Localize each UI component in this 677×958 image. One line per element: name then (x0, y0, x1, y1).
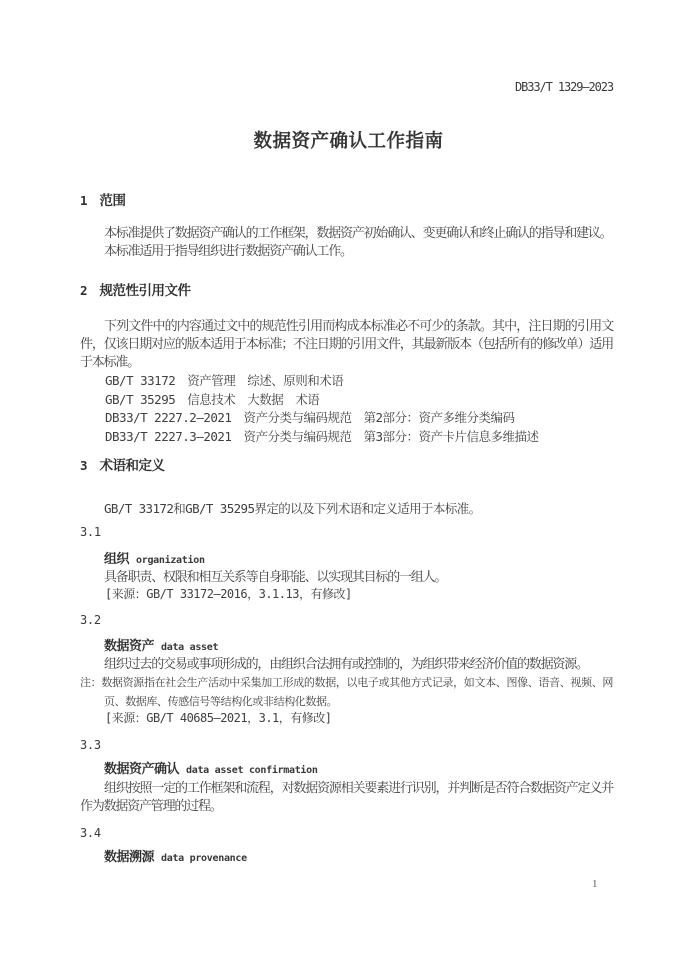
term-3-2-id: 3.2 (80, 612, 101, 628)
section-3-intro: GB/T 33172和GB/T 35295界定的以及下列术语和定义适用于本标准。 (80, 500, 613, 518)
term-zh: 数据溯源 (80, 849, 154, 864)
reference-item: DB33/T 2227.3—2021 资产分类与编码规范 第3部分：资产卡片信息… (80, 428, 613, 447)
term-en: data asset (161, 642, 218, 653)
paragraph: 具备职责、权限和相互关系等自身职能、以实现其目标的一组人。 (80, 568, 613, 586)
term-zh: 组织 (80, 551, 129, 566)
reference-item: DB33/T 2227.2—2021 资产分类与编码规范 第2部分：资产多维分类… (80, 409, 613, 428)
section-1-number: 1 (80, 193, 88, 208)
note-label: 注： (80, 676, 101, 689)
section-1-body: 本标准提供了数据资产确认的工作框架，数据资产初始确认、变更确认和终止确认的指导和… (80, 224, 613, 260)
term-3-2-source: [来源：GB/T 40685—2021，3.1，有修改] (80, 710, 613, 726)
paragraph: 本标准提供了数据资产确认的工作框架，数据资产初始确认、变更确认和终止确认的指导和… (80, 224, 613, 242)
term-zh: 数据资产 (80, 638, 154, 653)
section-1-heading: 1范围 (80, 192, 126, 210)
term-3-1-definition: 具备职责、权限和相互关系等自身职能、以实现其目标的一组人。 (80, 568, 613, 586)
paragraph: 组织过去的交易或事项形成的，由组织合法拥有或控制的，为组织带来经济价值的数据资源… (80, 655, 613, 673)
reference-item: GB/T 35295 信息技术 大数据 术语 (80, 391, 613, 410)
section-2-heading: 2规范性引用文件 (80, 282, 191, 300)
term-en: data provenance (161, 853, 247, 864)
term-3-1-id: 3.1 (80, 524, 101, 540)
paragraph: 本标准适用于指导组织进行数据资产确认工作。 (80, 242, 613, 260)
term-3-4-id: 3.4 (80, 825, 101, 841)
term-en: data asset confirmation (186, 765, 318, 776)
term-3-1-source: [来源：GB/T 33172—2016，3.1.13，有修改] (80, 586, 613, 602)
section-3-number: 3 (80, 458, 88, 473)
doc-number: DB33/T 1329—2023 (515, 80, 613, 94)
term-3-2-note: 注：数据资源指在社会生产活动中采集加工形成的数据，以电子或其他方式记录，如文本、… (80, 673, 613, 711)
term-3-1-heading: 组织organization (80, 550, 613, 570)
term-3-2-heading: 数据资产data asset (80, 637, 613, 657)
section-3-heading: 3术语和定义 (80, 457, 165, 475)
term-3-3-definition: 组织按照一定的工作框架和流程，对数据资源相关要素进行识别，并判断是否符合数据资产… (80, 779, 613, 815)
page-title: 数据资产确认工作指南 (0, 129, 677, 152)
paragraph: GB/T 33172和GB/T 35295界定的以及下列术语和定义适用于本标准。 (80, 500, 613, 518)
section-2-title: 规范性引用文件 (100, 283, 191, 298)
normative-reference-list: GB/T 33172 资产管理 综述、原则和术语 GB/T 35295 信息技术… (80, 372, 613, 446)
note-text: 数据资源指在社会生产活动中采集加工形成的数据，以电子或其他方式记录，如文本、图像… (101, 676, 613, 708)
term-zh: 数据资产确认 (80, 761, 179, 776)
document-page: DB33/T 1329—2023 数据资产确认工作指南 1范围 本标准提供了数据… (0, 0, 677, 958)
paragraph: 下列文件中的内容通过文中的规范性引用而构成本标准必不可少的条款。其中，注日期的引… (80, 317, 613, 371)
page-number: 1 (592, 878, 598, 891)
section-3-title: 术语和定义 (100, 458, 165, 473)
term-3-3-id: 3.3 (80, 737, 101, 753)
reference-item: GB/T 33172 资产管理 综述、原则和术语 (80, 372, 613, 391)
section-2-number: 2 (80, 283, 88, 298)
section-2-body: 下列文件中的内容通过文中的规范性引用而构成本标准必不可少的条款。其中，注日期的引… (80, 317, 613, 371)
section-1-title: 范围 (100, 193, 126, 208)
paragraph: 组织按照一定的工作框架和流程，对数据资源相关要素进行识别，并判断是否符合数据资产… (80, 779, 613, 815)
term-en: organization (136, 555, 205, 566)
term-3-2-definition: 组织过去的交易或事项形成的，由组织合法拥有或控制的，为组织带来经济价值的数据资源… (80, 655, 613, 673)
term-3-4-heading: 数据溯源data provenance (80, 848, 613, 868)
term-3-3-heading: 数据资产确认data asset confirmation (80, 760, 613, 780)
